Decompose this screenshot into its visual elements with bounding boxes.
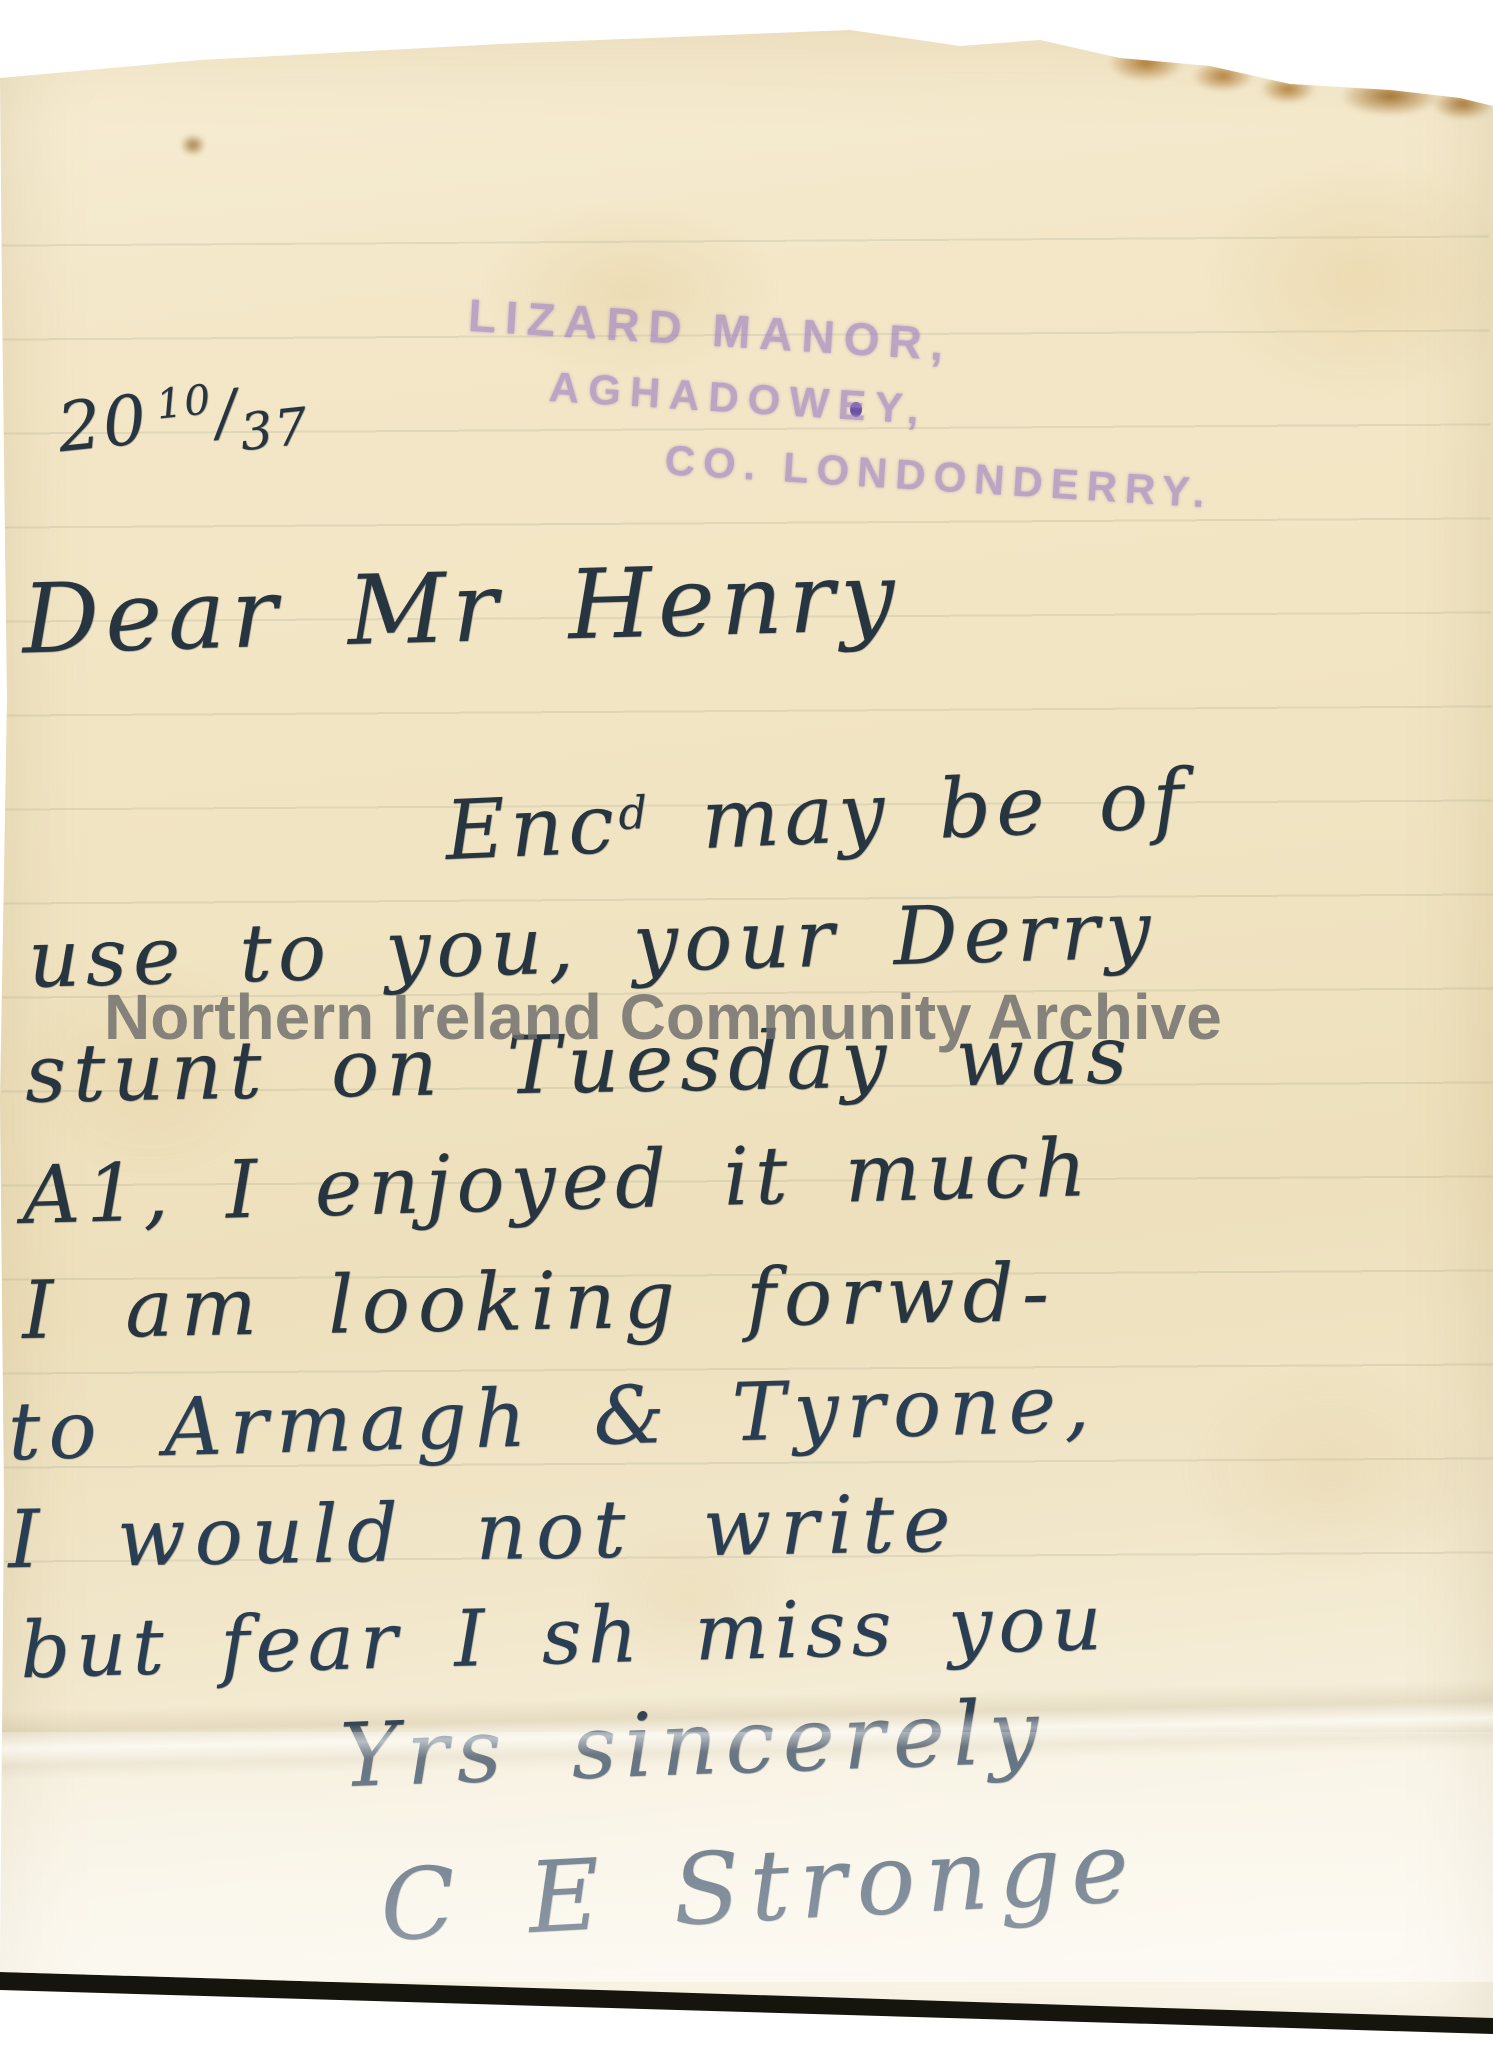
stain-top-left xyxy=(180,134,206,156)
letter-salutation: Dear Mr Henry xyxy=(21,549,902,668)
scanned-letter: LIZARD MANOR, AGHADOWEY, CO. LONDONDERRY… xyxy=(0,0,1493,2048)
stain-top-right xyxy=(1108,44,1184,82)
date-day: 20 xyxy=(54,380,152,468)
stain-top-right xyxy=(1192,60,1254,92)
tea-stain xyxy=(1180,1360,1480,1580)
date-year: 37 xyxy=(237,397,312,463)
stain-top-right xyxy=(1340,76,1440,116)
archive-watermark: Northern Ireland Community Archive xyxy=(104,980,1222,1054)
letter-body-line: I would not write xyxy=(7,1484,960,1581)
stain-top-right xyxy=(1432,88,1493,120)
letter-body-line: I am looking forwd- xyxy=(21,1253,1057,1351)
body-line-pre: Enc xyxy=(443,777,621,879)
date-month: 10 xyxy=(154,375,215,429)
paper-bottom-lighter-band xyxy=(0,1732,1493,1982)
stain-top-right xyxy=(1260,74,1316,104)
paper-aged-top-shade xyxy=(0,0,1493,130)
letter-body-line: but fear I sh miss you xyxy=(19,1584,1108,1690)
body-line-superscript: d xyxy=(617,786,653,840)
